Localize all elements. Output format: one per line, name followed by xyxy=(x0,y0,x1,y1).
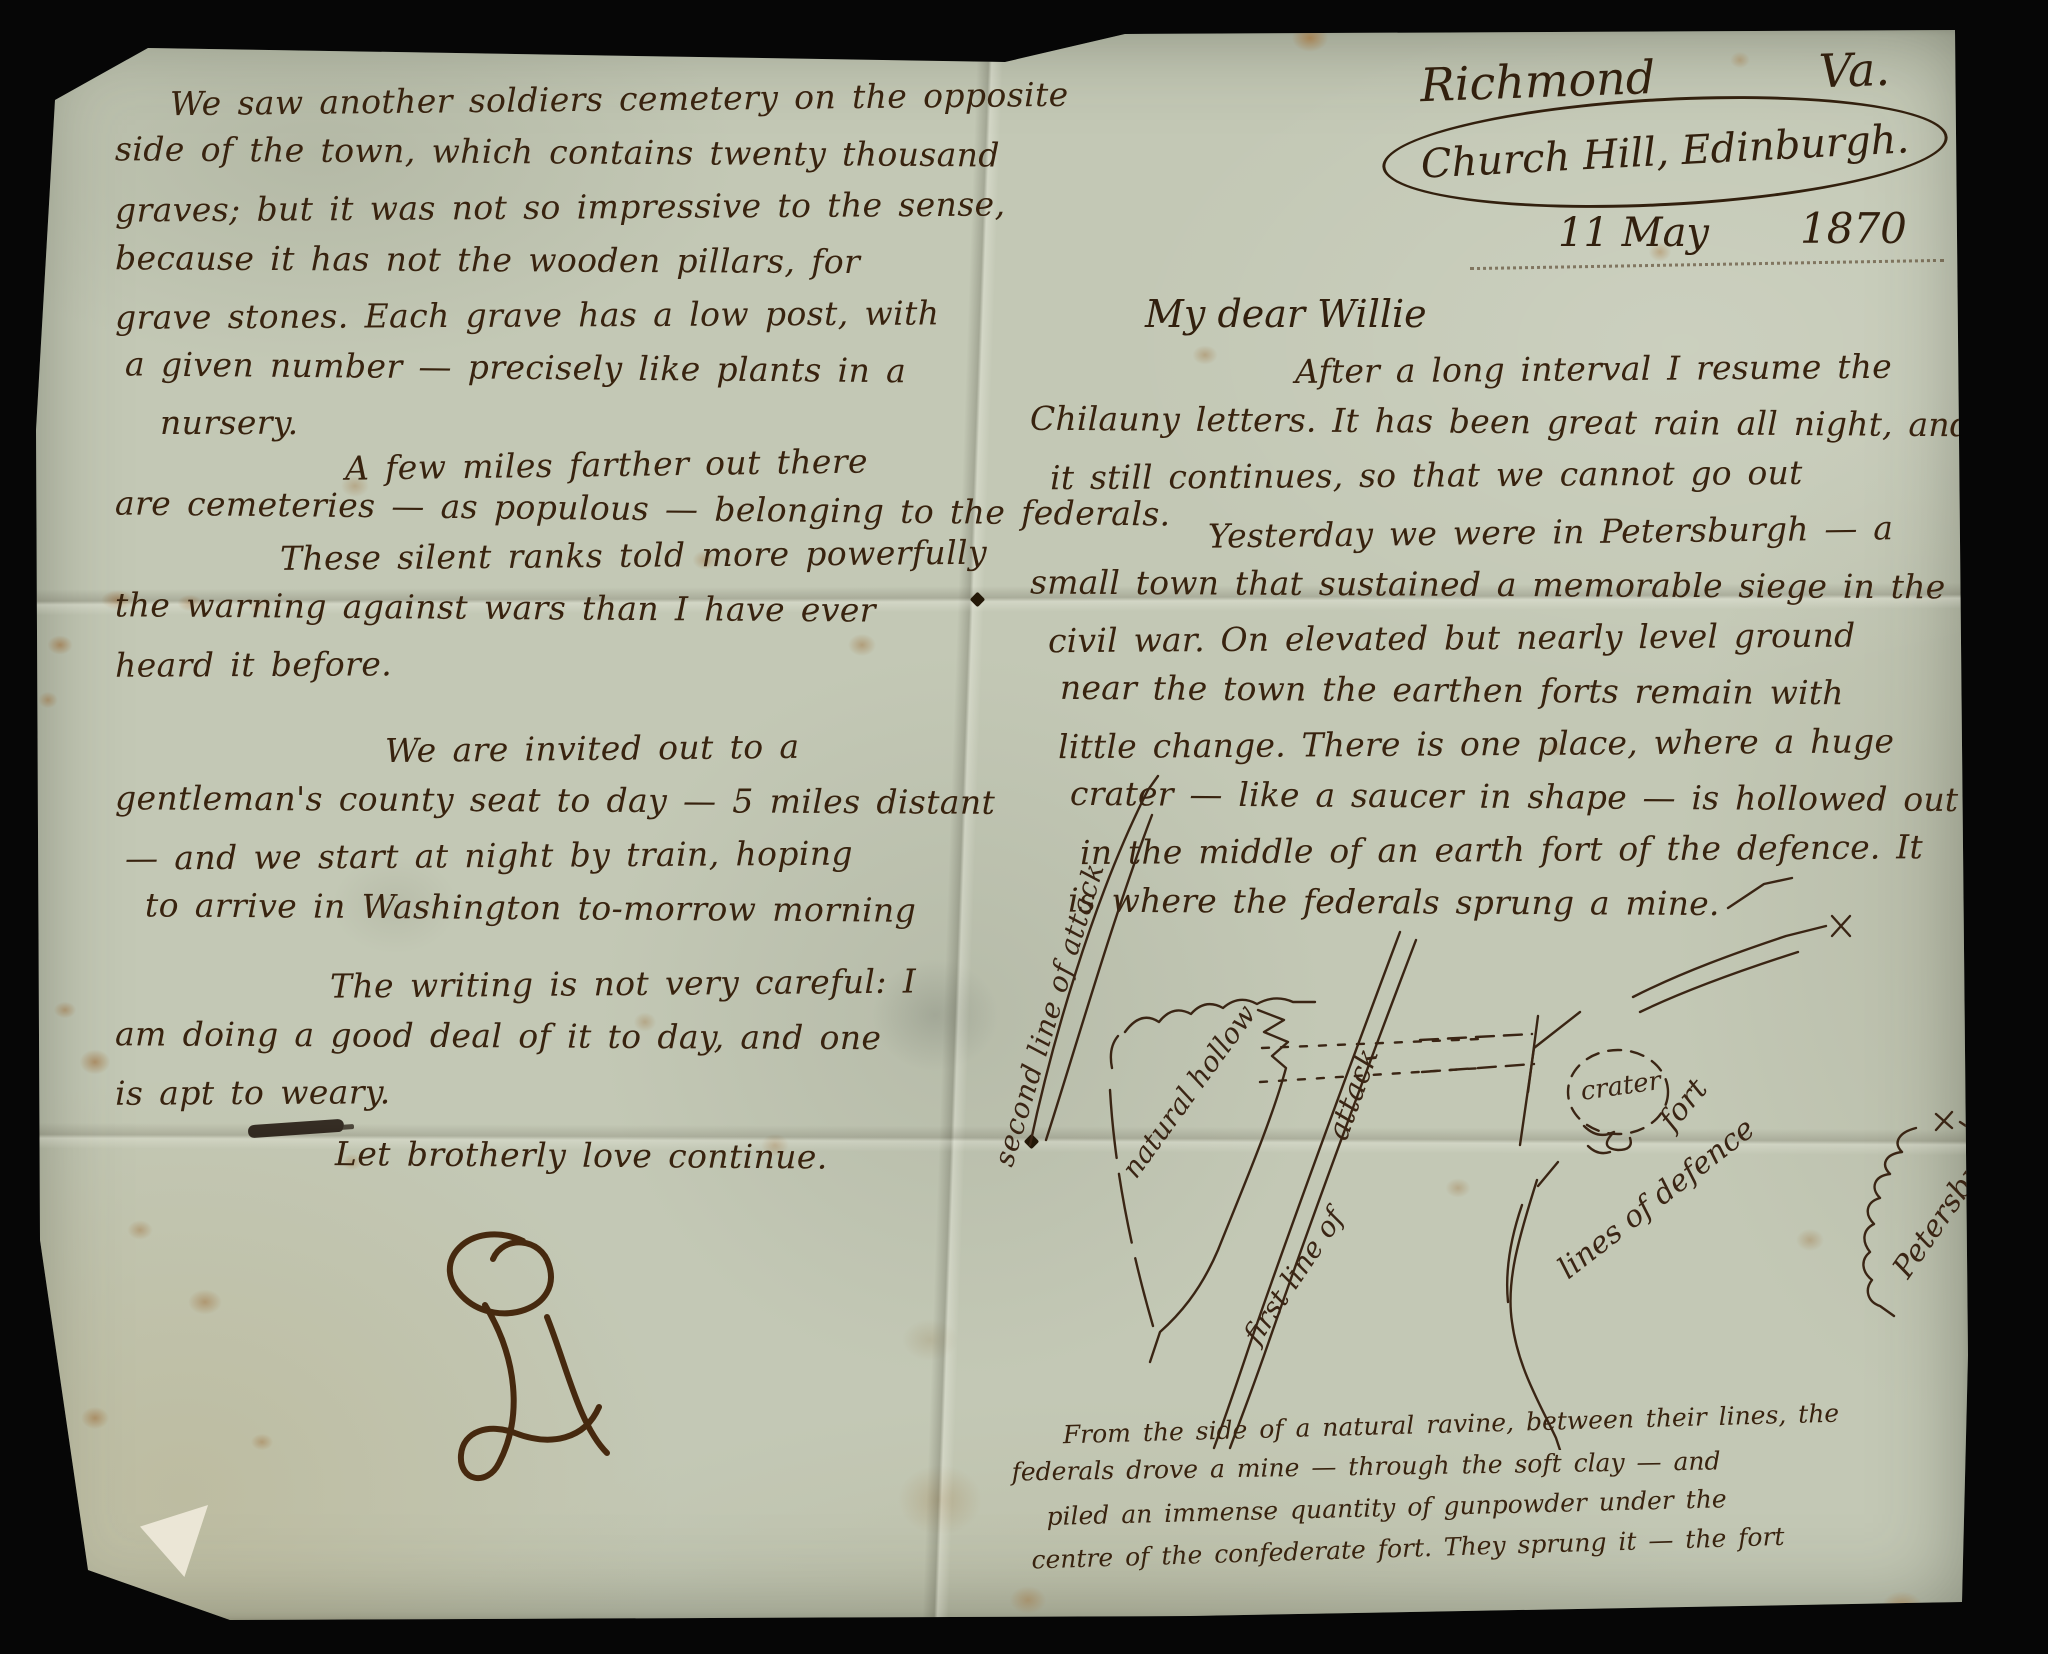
handwritten-line: it still continues, so that we cannot go… xyxy=(1050,445,1972,504)
letterhead-text: Church Hill, Edinburgh. xyxy=(1420,116,1910,188)
salutation: My dear Willie xyxy=(1145,292,1427,336)
hollow-left-edge xyxy=(1110,1036,1153,1326)
date-year: 1870 xyxy=(1800,204,1907,253)
handwritten-line: Chilauny letters. It has been great rain… xyxy=(1030,392,1972,452)
dotted-rule xyxy=(1470,259,1944,270)
fort-bracket xyxy=(1520,1012,1580,1145)
heading-state: Va. xyxy=(1818,42,1891,98)
signature-flourish xyxy=(395,1205,695,1505)
right-page-bottom-paragraph: From the side of a natural ravine, betwe… xyxy=(1010,1395,1842,1576)
mine-dotted-line-1 xyxy=(1262,1039,1480,1048)
fort-x-mark xyxy=(1832,916,1850,936)
defence-line2 xyxy=(1507,1205,1522,1302)
handwritten-line: grave stones. Each grave has a low post,… xyxy=(115,285,1171,345)
handwritten-line: a given number — precisely like plants i… xyxy=(125,337,1171,400)
handwritten-line: Yesterday we were in Petersburgh — a xyxy=(1208,500,1972,562)
handwritten-line: After a long interval I resume the xyxy=(1295,339,1972,398)
sketch-label-crater: crater xyxy=(1579,1066,1665,1107)
handwritten-line: because it has not the wooden pillars, f… xyxy=(115,231,1171,291)
town-x-mark xyxy=(1936,1112,1966,1130)
sketch-label-second-line: second line of attack xyxy=(987,859,1111,1170)
handwritten-line: We saw another soldiers cemetery on the … xyxy=(170,67,1171,131)
sketch-label-defence: lines of defence xyxy=(1551,1111,1761,1286)
date-day-month: 11 May xyxy=(1558,210,1709,256)
mine-dashed-end-2 xyxy=(1422,1064,1534,1072)
crater-scribble xyxy=(1584,1126,1631,1153)
town-scallop xyxy=(1863,1128,1916,1316)
fort-thick-mark xyxy=(1728,878,1792,908)
handwritten-line: side of the town, which contains twenty … xyxy=(115,122,1171,183)
fort-arm xyxy=(1633,926,1826,997)
sketch-label-natural-hollow: natural hollow xyxy=(1115,998,1263,1184)
handwritten-line: graves; but it was not so impressive to … xyxy=(115,176,1171,237)
sketch-label-attack: attack xyxy=(1321,1044,1386,1145)
sketch-label-petersburg: Petersburgh xyxy=(1885,1111,2020,1286)
torn-paper-notch xyxy=(140,1505,214,1577)
handwritten-line: small town that sustained a memorable si… xyxy=(1030,556,1971,614)
letter-sheet: We saw another soldiers cemetery on the … xyxy=(28,26,1972,1622)
battle-sketch: second line of attack natural hollow att… xyxy=(780,620,2020,1450)
defence-heavy-stroke xyxy=(1538,1162,1558,1186)
date-line: 11 May 1870 xyxy=(1470,210,1944,274)
